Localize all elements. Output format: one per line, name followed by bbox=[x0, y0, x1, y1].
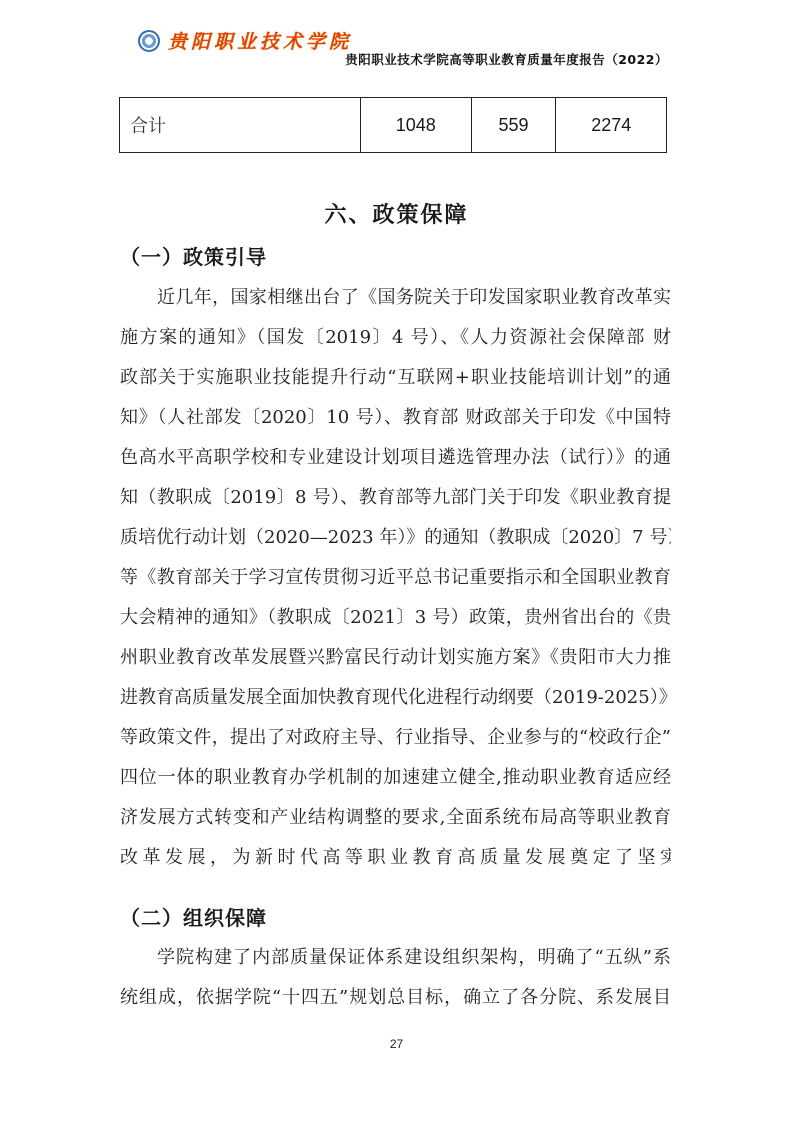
page-header: 贵阳职业技术学院 贵阳职业技术学院高等职业教育质量年度报告（2022） bbox=[0, 0, 793, 90]
logo-calligraphy-text: 贵阳职业技术学院 bbox=[168, 27, 352, 54]
paragraph-line: 四位一体的职业教育办学机制的加速建立健全,推动职业教育适应经 bbox=[120, 758, 671, 798]
paragraph-line: 进教育高质量发展全面加快教育现代化进程行动纲要（2019-2025）》 bbox=[120, 678, 671, 718]
subsection-heading-organization: （二）组织保障 bbox=[120, 902, 267, 931]
paragraph-line: 施方案的通知》（国发〔2019〕4 号）、《人力资源社会保障部 财 bbox=[120, 318, 671, 358]
paragraph-organization: 学院构建了内部质量保证体系建设组织架构，明确了“五纵”系 统组成，依据学院“十四… bbox=[120, 938, 671, 1018]
summary-table: 合计 1048 559 2274 bbox=[119, 97, 667, 153]
paragraph-line: 色高水平高职学校和专业建设计划项目遴选管理办法（试行）》的通 bbox=[120, 438, 671, 478]
total-value-3: 2274 bbox=[556, 98, 667, 153]
college-logo: 贵阳职业技术学院 bbox=[138, 27, 352, 54]
total-value-2: 559 bbox=[471, 98, 556, 153]
paragraph-line: 州职业教育改革发展暨兴黔富民行动计划实施方案》《贵阳市大力推 bbox=[120, 638, 671, 678]
paragraph-line: 学院构建了内部质量保证体系建设组织架构，明确了“五纵”系 bbox=[120, 938, 671, 978]
paragraph-line: 济发展方式转变和产业结构调整的要求,全面系统布局高等职业教育 bbox=[120, 798, 671, 838]
paragraph-line: 近几年，国家相继出台了《国务院关于印发国家职业教育改革实 bbox=[120, 278, 671, 318]
paragraph-policy-guidance: 近几年，国家相继出台了《国务院关于印发国家职业教育改革实 施方案的通知》（国发〔… bbox=[120, 278, 671, 878]
paragraph-line: 等政策文件，提出了对政府主导、行业指导、企业参与的“校政行企” bbox=[120, 718, 671, 758]
report-title: 贵阳职业技术学院高等职业教育质量年度报告（2022） bbox=[345, 50, 668, 68]
page-number: 27 bbox=[0, 1037, 793, 1051]
table-row-total: 合计 1048 559 2274 bbox=[120, 98, 667, 153]
paragraph-line: 大会精神的通知》（教职成〔2021〕3 号）政策，贵州省出台的《贵 bbox=[120, 598, 671, 638]
subsection-heading-policy-guidance: （一）政策引导 bbox=[120, 241, 267, 270]
paragraph-line: 质培优行动计划（2020—2023 年）》的通知（教职成〔2020〕7 号） bbox=[120, 518, 671, 558]
total-label: 合计 bbox=[120, 98, 361, 153]
section-title: 六、政策保障 bbox=[0, 198, 793, 229]
paragraph-line: 等《教育部关于学习宣传贯彻习近平总书记重要指示和全国职业教育 bbox=[120, 558, 671, 598]
paragraph-line: 知（教职成〔2019〕8 号）、教育部等九部门关于印发《职业教育提 bbox=[120, 478, 671, 518]
paragraph-line: 改革发展，为新时代高等职业教育高质量发展奠定了坚实基础。 bbox=[120, 838, 671, 878]
college-emblem-icon bbox=[138, 30, 160, 52]
paragraph-line: 统组成，依据学院“十四五”规划总目标，确立了各分院、系发展目 bbox=[120, 978, 671, 1018]
paragraph-line: 知》（人社部发〔2020〕10 号）、教育部 财政部关于印发《中国特 bbox=[120, 398, 671, 438]
paragraph-line: 政部关于实施职业技能提升行动“互联网+职业技能培训计划”的通 bbox=[120, 358, 671, 398]
total-value-1: 1048 bbox=[361, 98, 472, 153]
